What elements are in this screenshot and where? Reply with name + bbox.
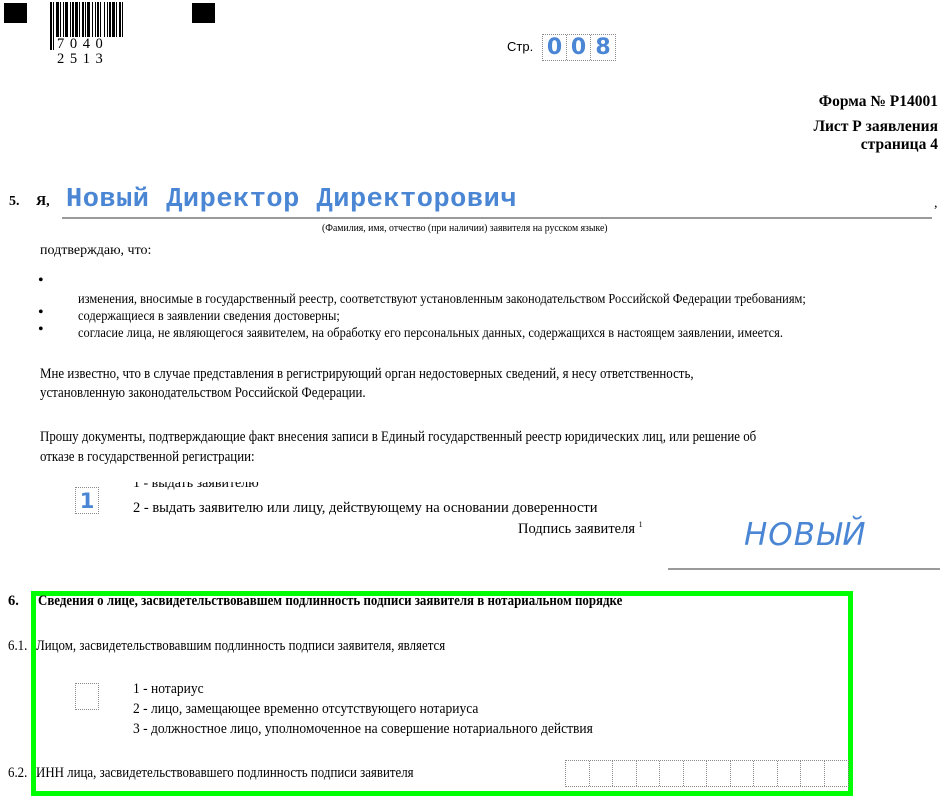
applicant-fio-field[interactable]: Новый Директор Директорович — [66, 185, 517, 215]
inn-digit-cell[interactable] — [566, 761, 590, 786]
inn-digit-cell[interactable] — [637, 761, 661, 786]
bullet-icon: • — [38, 272, 44, 290]
delivery-option-2: 2 - выдать заявителю или лицу, действующ… — [133, 500, 598, 517]
alignment-marker-right — [192, 3, 215, 23]
fio-trailing-comma: , — [934, 196, 938, 212]
responsibility-line-2: установленную законодательством Российск… — [40, 385, 366, 402]
request-line-1: Прошу документы, подтверждающие факт вне… — [40, 429, 756, 446]
signature-label: Подпись заявителя 1 — [518, 520, 643, 538]
item-6-1-number: 6.1. — [8, 638, 27, 655]
notary-type-choice-cell[interactable] — [75, 683, 99, 710]
notary-option-2: 2 - лицо, замещающее временно отсутствую… — [133, 701, 478, 718]
page-number-field[interactable]: 0 0 8 — [542, 34, 616, 61]
confirm-bullet-2: содержащиеся в заявлении сведения достов… — [78, 308, 340, 324]
barcode: 7040 2513 — [50, 0, 168, 52]
inn-digit-cell[interactable] — [825, 761, 849, 786]
inn-digit-cell[interactable] — [684, 761, 708, 786]
page-title: страница 4 — [861, 135, 938, 154]
inn-digit-cell[interactable] — [801, 761, 825, 786]
delivery-option-1: 1 - выдать заявителю — [133, 482, 259, 492]
page-digit-cell[interactable]: 8 — [591, 35, 615, 60]
inn-digit-cell[interactable] — [660, 761, 684, 786]
inn-digit-cell[interactable] — [590, 761, 614, 786]
notary-inn-field[interactable] — [565, 760, 849, 787]
item-6-2-number: 6.2. — [8, 765, 27, 782]
alignment-marker-left — [4, 3, 27, 23]
section-6-number: 6. — [8, 593, 19, 610]
inn-digit-cell[interactable] — [754, 761, 778, 786]
page-digit-cell[interactable]: 0 — [543, 35, 567, 60]
page-label: Стр. — [507, 39, 533, 54]
bullet-icon: • — [38, 321, 44, 339]
notary-option-1: 1 - нотариус — [133, 681, 204, 698]
signature-label-text: Подпись заявителя — [518, 521, 635, 537]
fio-underline — [62, 217, 932, 219]
notary-option-3: 3 - должностное лицо, уполномоченное на … — [133, 721, 593, 738]
delivery-option-1-text: 1 - выдать заявителю — [133, 482, 259, 491]
form-title: Форма № Р14001 — [819, 92, 938, 111]
section-5-prefix: Я, — [36, 194, 50, 210]
inn-digit-cell[interactable] — [613, 761, 637, 786]
fio-caption: (Фамилия, имя, отчество (при наличии) за… — [322, 223, 608, 234]
delivery-choice-cell[interactable]: 1 — [75, 487, 99, 514]
section-6-title: Сведения о лице, засвидетельствовавшем п… — [38, 593, 622, 610]
confirm-bullet-1: изменения, вносимые в государственный ре… — [78, 291, 806, 307]
section-5-number: 5. — [9, 194, 20, 210]
bullet-icon: • — [38, 304, 44, 322]
barcode-number: 7040 2513 — [56, 37, 168, 67]
confirm-intro: подтверждаю, что: — [40, 243, 151, 259]
signature-footnote: 1 — [639, 520, 643, 529]
item-6-2-label: ИНН лица, засвидетельствовавшего подлинн… — [36, 765, 414, 782]
item-6-1-label: Лицом, засвидетельствовавшим подлинность… — [36, 638, 445, 655]
page-digit-cell[interactable]: 0 — [567, 35, 591, 60]
confirm-bullet-3: согласие лица, не являющегося заявителем… — [78, 325, 783, 341]
inn-digit-cell[interactable] — [731, 761, 755, 786]
inn-digit-cell[interactable] — [707, 761, 731, 786]
request-line-2: отказе в государственной регистрации: — [40, 449, 255, 466]
applicant-signature-field[interactable]: НОВЫЙ — [744, 517, 867, 553]
responsibility-line-1: Мне известно, что в случае представления… — [40, 366, 694, 383]
inn-digit-cell[interactable] — [778, 761, 802, 786]
sheet-title: Лист Р заявления — [813, 117, 938, 136]
signature-underline — [668, 568, 940, 570]
